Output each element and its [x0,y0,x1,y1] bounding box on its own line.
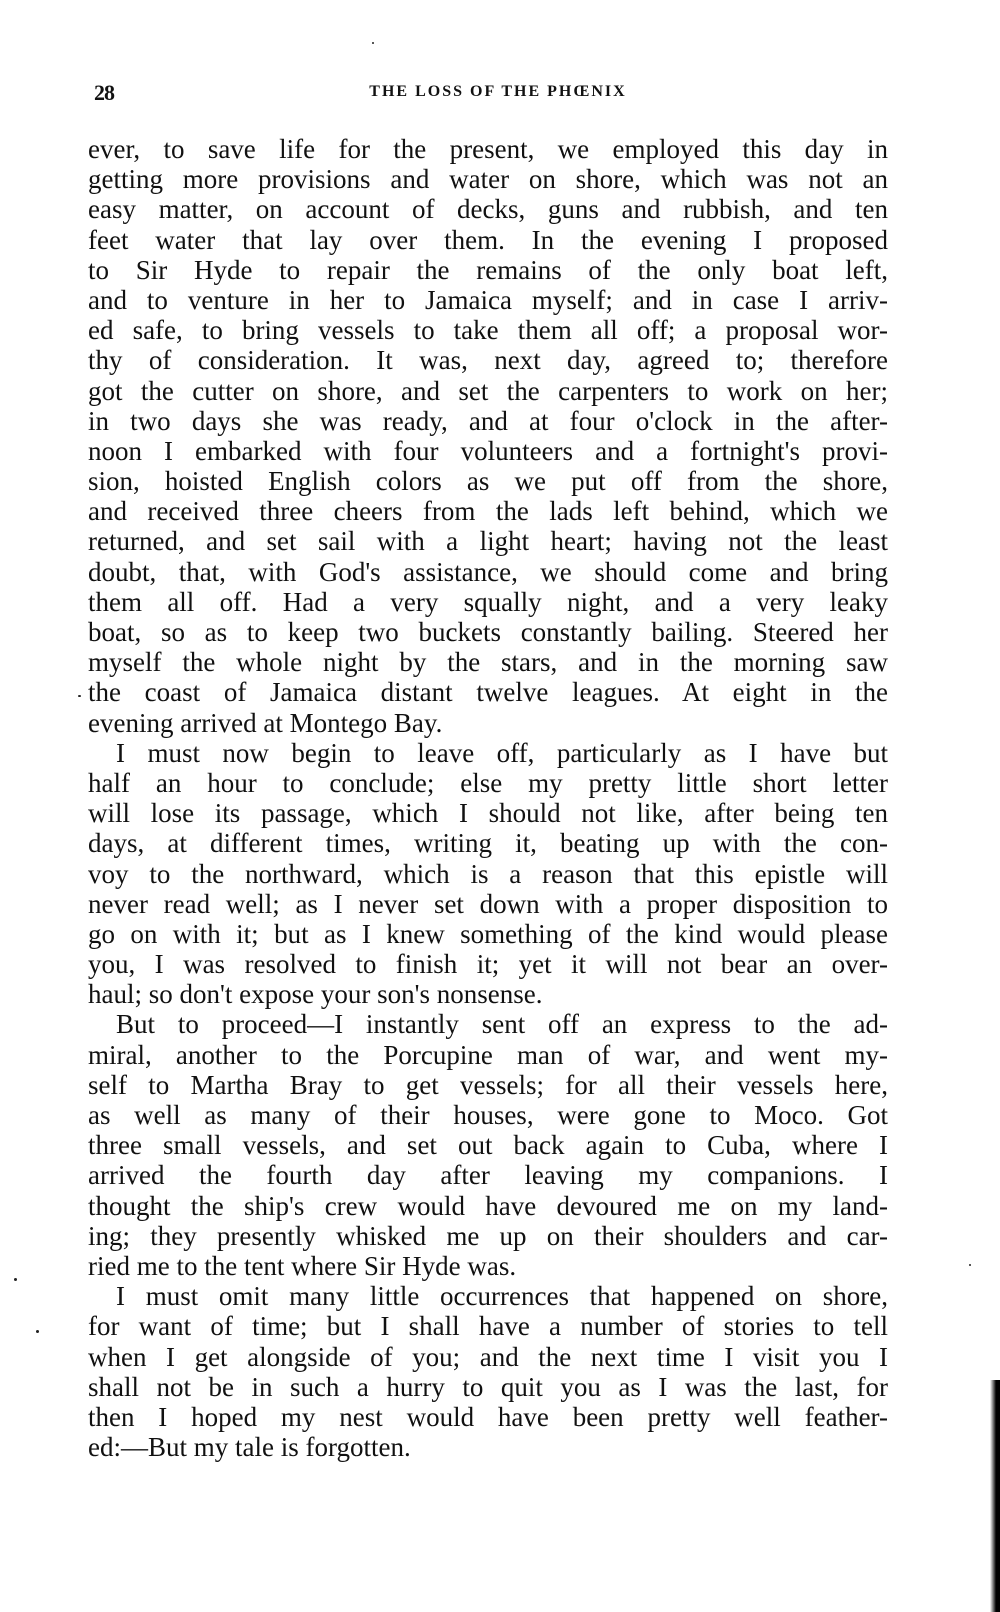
text-line: myself the whole night by the stars, and… [88,647,888,677]
text-line: doubt, that, with God's assistance, we s… [88,557,888,587]
text-line: miral, another to the Porcupine man of w… [88,1040,888,1070]
scan-speck [969,1264,971,1266]
text-line: will lose its passage, which I should no… [88,798,888,828]
text-line: ed:—But my tale is forgotten. [88,1432,888,1462]
text-line: evening arrived at Montego Bay. [88,708,888,738]
text-line: noon I embarked with four volunteers and… [88,436,888,466]
text-line: for want of time; but I shall have a num… [88,1311,888,1341]
text-line: as well as many of their houses, were go… [88,1100,888,1130]
text-line: days, at different times, writing it, be… [88,828,888,858]
text-line: half an hour to conclude; else my pretty… [88,768,888,798]
text-line: I must now begin to leave off, particula… [88,738,888,768]
text-line: thy of consideration. It was, next day, … [88,345,888,375]
text-line: and received three cheers from the lads … [88,496,888,526]
text-line: and to venture in her to Jamaica myself;… [88,285,888,315]
text-line: the coast of Jamaica distant twelve leag… [88,677,888,707]
scan-speck [372,42,374,44]
text-line: ried me to the tent where Sir Hyde was. [88,1251,888,1281]
scanned-book-page: 28 THE LOSS OF THE PHŒNIX ever, to save … [0,0,1000,1612]
text-line: ing; they presently whisked me up on the… [88,1221,888,1251]
text-line: sion, hoisted English colors as we put o… [88,466,888,496]
text-line: them all off. Had a very squally night, … [88,587,888,617]
text-line: shall not be in such a hurry to quit you… [88,1372,888,1402]
text-line: feet water that lay over them. In the ev… [88,225,888,255]
text-line: But to proceed—I instantly sent off an e… [88,1009,888,1039]
running-header: 28 THE LOSS OF THE PHŒNIX [88,80,908,106]
text-line: voy to the northward, which is a reason … [88,859,888,889]
text-line: got the cutter on shore, and set the car… [88,376,888,406]
text-line: haul; so don't expose your son's nonsens… [88,979,888,1009]
text-line: ed safe, to bring vessels to take them a… [88,315,888,345]
text-line: when I get alongside of you; and the nex… [88,1342,888,1372]
text-line: ever, to save life for the present, we e… [88,134,888,164]
page-edge-shadow [990,1380,1000,1612]
text-line: never read well; as I never set down wit… [88,889,888,919]
scan-speck [14,1278,17,1281]
text-line: thought the ship's crew would have devou… [88,1191,888,1221]
text-line: returned, and set sail with a light hear… [88,526,888,556]
text-line: I must omit many little occurrences that… [88,1281,888,1311]
text-line: then I hoped my nest would have been pre… [88,1402,888,1432]
text-line: getting more provisions and water on sho… [88,164,888,194]
text-line: to Sir Hyde to repair the remains of the… [88,255,888,285]
text-line: you, I was resolved to finish it; yet it… [88,949,888,979]
text-line: arrived the fourth day after leaving my … [88,1160,888,1190]
scan-speck [78,695,81,697]
text-line: three small vessels, and set out back ag… [88,1130,888,1160]
text-line: go on with it; but as I knew something o… [88,919,888,949]
scan-speck [36,1330,39,1333]
text-line: easy matter, on account of decks, guns a… [88,194,888,224]
text-line: boat, so as to keep two buckets constant… [88,617,888,647]
body-text: ever, to save life for the present, we e… [88,134,888,1462]
text-line: in two days she was ready, and at four o… [88,406,888,436]
running-title: THE LOSS OF THE PHŒNIX [88,83,908,101]
text-line: self to Martha Bray to get vessels; for … [88,1070,888,1100]
